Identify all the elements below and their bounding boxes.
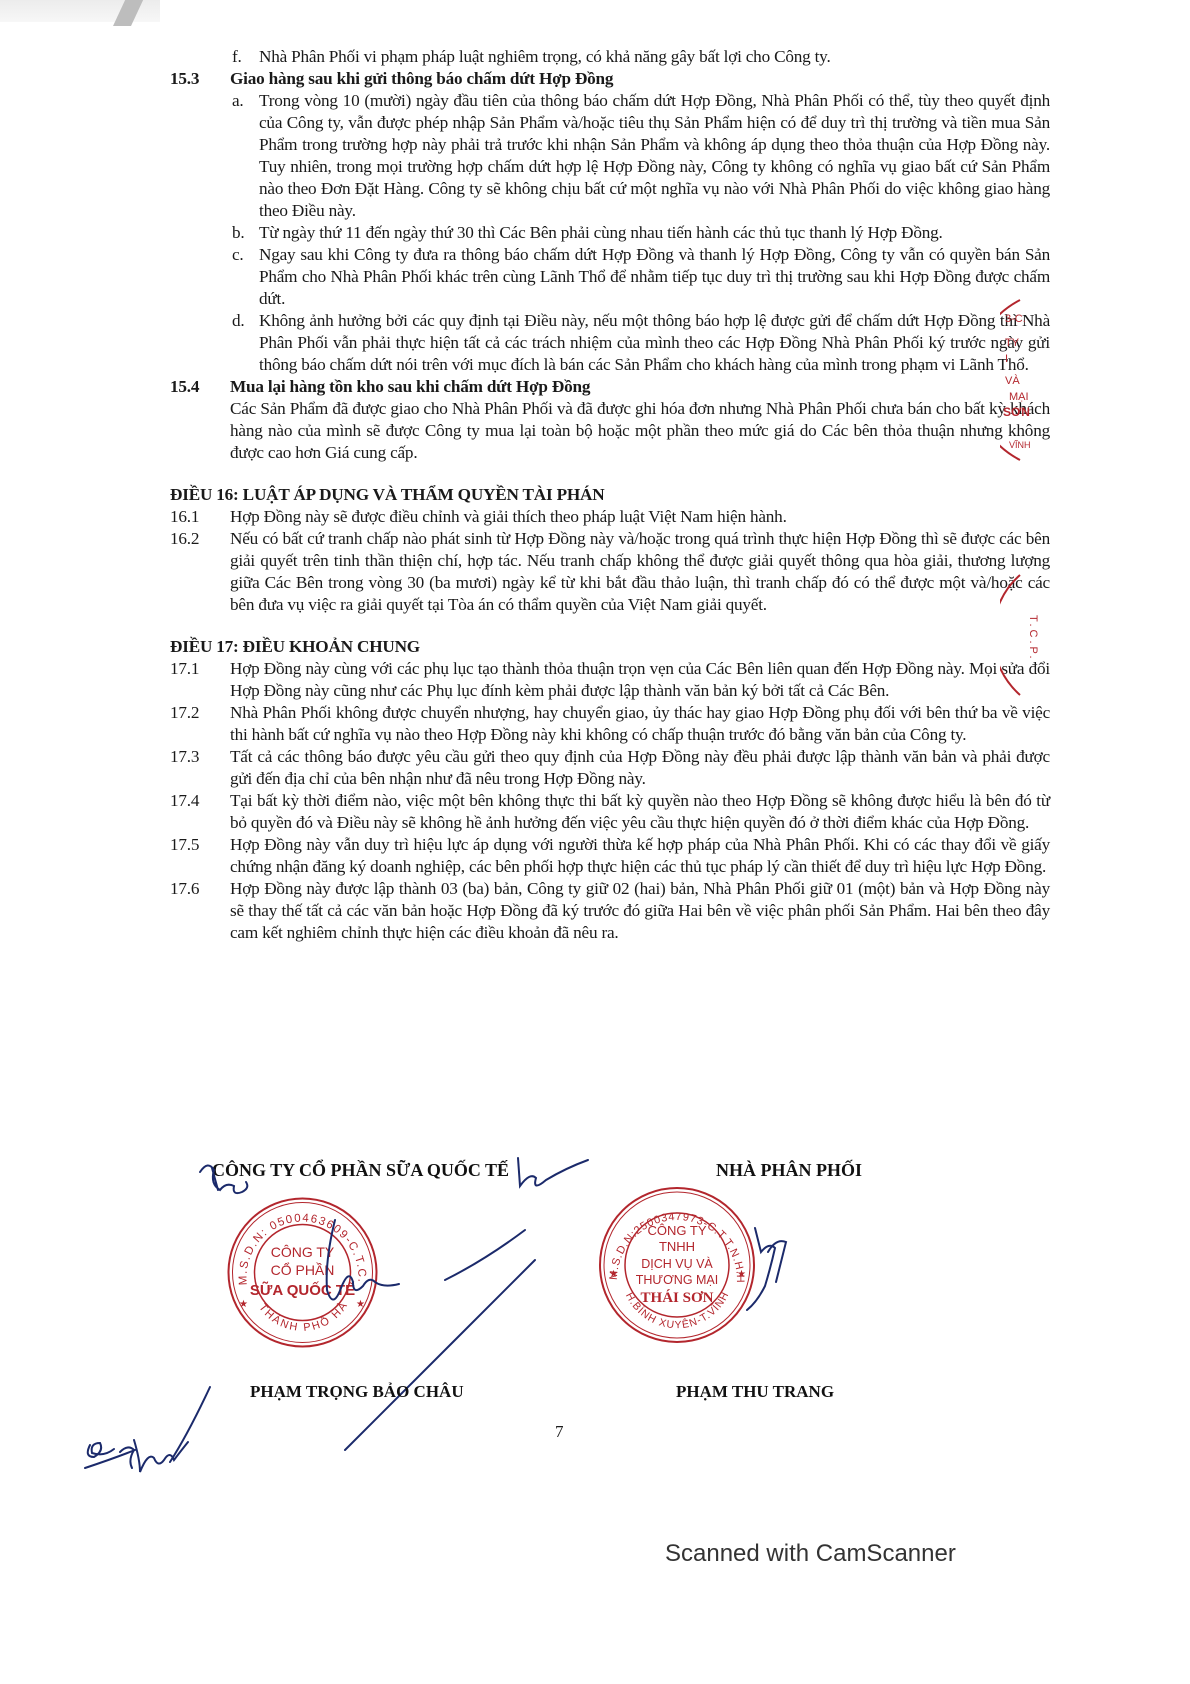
section-number: 15.4 <box>170 376 230 398</box>
item-15-3-a: a. Trong vòng 10 (mười) ngày đầu tiên củ… <box>170 90 1050 222</box>
clause-17-4: 17.4 Tại bất kỳ thời điểm nào, việc một … <box>170 790 1050 834</box>
distributor-signature <box>747 1228 786 1310</box>
clause-17-6: 17.6 Hợp Đồng này được lập thành 03 (ba)… <box>170 878 1050 944</box>
clause-17-1: 17.1 Hợp Đồng này cùng với các phụ lục t… <box>170 658 1050 702</box>
clause-number: 16.1 <box>170 506 230 528</box>
edge-stamp-text: I <box>1005 353 1008 365</box>
svg-text:★: ★ <box>737 1269 746 1280</box>
stamp-line: SỮA QUỐC TẾ <box>250 1281 355 1299</box>
edge-stamp-text: VÀ <box>1005 374 1020 387</box>
distributor-seal-stamp: M.S.D.N:2500347973-C.T.T.N.H.H H.BÌNH XU… <box>597 1185 757 1345</box>
item-text: Từ ngày thứ 11 đến ngày thứ 30 thì Các B… <box>259 222 1050 244</box>
item-15-3-b: b. Từ ngày thứ 11 đến ngày thứ 30 thì Cá… <box>170 222 1050 244</box>
svg-text:★: ★ <box>356 1299 365 1310</box>
section-number: 15.3 <box>170 68 230 90</box>
svg-text:M.S.D.N: 0500463609-C.T.C.P: M.S.D.N: 0500463609-C.T.C.P <box>225 1195 368 1285</box>
svg-text:★: ★ <box>239 1299 248 1310</box>
stamp-line: DỊCH VỤ VÀ <box>641 1256 713 1271</box>
clause-16-2: 16.2 Nếu có bất cứ tranh chấp nào phát s… <box>170 528 1050 616</box>
svg-text:★: ★ <box>609 1269 618 1280</box>
edge-stamp-text: SƠN <box>1003 405 1030 419</box>
stamp-line: TNHH <box>659 1239 695 1254</box>
svg-text:H.BÌNH XUYÊN-T.VĨNH PHÚC: H.BÌNH XUYÊN-T.VĨNH PHÚC <box>597 1185 732 1331</box>
edge-stamp-text: MẠI <box>1009 391 1029 403</box>
distributor-signer-name: PHẠM THU TRANG <box>676 1382 834 1402</box>
clause-text: Tất cả các thông báo được yêu cầu gửi th… <box>230 746 1050 790</box>
page-number: 7 <box>555 1422 564 1442</box>
section-title: Giao hàng sau khi gửi thông báo chấm dứt… <box>230 68 613 90</box>
section-15-4-heading: 15.4 Mua lại hàng tồn kho sau khi chấm d… <box>170 376 1050 398</box>
stamp-line: THÁI SƠN <box>641 1289 714 1306</box>
item-label: d. <box>232 310 259 376</box>
section-15-4-text: Các Sản Phẩm đã được giao cho Nhà Phân P… <box>170 398 1050 464</box>
edge-stamp-upper: 3-C. TY I VÀ MẠI SƠN VĨNH <box>1000 290 1060 470</box>
edge-stamp-text: 3-C. <box>1005 313 1026 325</box>
item-15-3-c: c. Ngay sau khi Công ty đưa ra thông báo… <box>170 244 1050 310</box>
clause-number: 16.2 <box>170 528 230 616</box>
clause-17-5: 17.5 Hợp Đồng này vẫn duy trì hiệu lực á… <box>170 834 1050 878</box>
item-label: a. <box>232 90 259 222</box>
item-f: f. Nhà Phân Phối vi phạm pháp luật nghiê… <box>170 46 1050 68</box>
item-15-3-d: d. Không ảnh hưởng bởi các quy định tại … <box>170 310 1050 376</box>
company-signature <box>327 1220 525 1300</box>
item-text: Không ảnh hưởng bởi các quy định tại Điề… <box>259 310 1050 376</box>
svg-text:THÀNH PHỐ HÀ NỘI: THÀNH PHỐ HÀ NỘI <box>225 1195 353 1334</box>
item-text: Nhà Phân Phối vi phạm pháp luật nghiêm t… <box>259 46 1050 68</box>
clause-text: Hợp Đồng này cùng với các phụ lục tạo th… <box>230 658 1050 702</box>
section-title: Mua lại hàng tồn kho sau khi chấm dứt Hợ… <box>230 376 590 398</box>
clause-number: 17.5 <box>170 834 230 878</box>
edge-stamp-text: VĨNH <box>1009 440 1031 450</box>
company-stamp-ring-top: M.S.D.N: 0500463609-C.T.C.P <box>225 1195 368 1285</box>
distributor-stamp-ring-top: M.S.D.N:2500347973-C.T.T.N.H.H <box>608 1211 746 1284</box>
distributor-stamp-ring-bottom: H.BÌNH XUYÊN-T.VĨNH PHÚC <box>597 1185 732 1331</box>
clause-number: 17.6 <box>170 878 230 944</box>
company-signer-name: PHẠM TRỌNG BẢO CHÂU <box>250 1382 464 1402</box>
clause-number: 17.1 <box>170 658 230 702</box>
company-seal-stamp: M.S.D.N: 0500463609-C.T.C.P THÀNH PHỐ HÀ… <box>225 1195 380 1350</box>
initials-mark <box>200 1165 247 1193</box>
article-16-heading: ĐIỀU 16: LUẬT ÁP DỤNG VÀ THẨM QUYỀN TÀI … <box>170 484 1050 506</box>
company-party-title: CÔNG TY CỔ PHẦN SỮA QUỐC TẾ <box>212 1160 509 1181</box>
stamp-line: CÔNG TY <box>648 1223 707 1238</box>
distributor-party-title: NHÀ PHÂN PHỐI <box>716 1160 862 1181</box>
item-label: c. <box>232 244 259 310</box>
edge-stamp-text: TY <box>1005 337 1020 349</box>
stamp-line: THƯƠNG MẠI <box>636 1273 719 1287</box>
item-label: b. <box>232 222 259 244</box>
camscanner-watermark: Scanned with CamScanner <box>665 1540 956 1568</box>
clause-text: Nhà Phân Phối không được chuyển nhượng, … <box>230 702 1050 746</box>
stamp-line: CỔ PHẦN <box>271 1261 335 1278</box>
bottom-initials <box>85 1387 210 1472</box>
initials-mark <box>518 1158 588 1186</box>
stamp-line: CÔNG TY <box>271 1244 335 1260</box>
clause-number: 17.4 <box>170 790 230 834</box>
clause-text: Nếu có bất cứ tranh chấp nào phát sinh t… <box>230 528 1050 616</box>
company-signature-tail <box>345 1260 535 1450</box>
item-label: f. <box>232 46 259 68</box>
svg-text:M.S.D.N:2500347973-C.T.T.N.H.H: M.S.D.N:2500347973-C.T.T.N.H.H <box>608 1211 746 1284</box>
company-stamp-ring-bottom: THÀNH PHỐ HÀ NỘI <box>225 1195 353 1334</box>
clause-number: 17.2 <box>170 702 230 746</box>
clause-16-1: 16.1 Hợp Đồng này sẽ được điều chỉnh và … <box>170 506 1050 528</box>
item-text: Trong vòng 10 (mười) ngày đầu tiên của t… <box>259 90 1050 222</box>
clause-number: 17.3 <box>170 746 230 790</box>
scan-page-fold <box>0 0 160 22</box>
clause-text: Hợp Đồng này được lập thành 03 (ba) bản,… <box>230 878 1050 944</box>
section-15-3-heading: 15.3 Giao hàng sau khi gửi thông báo chấ… <box>170 68 1050 90</box>
item-text: Ngay sau khi Công ty đưa ra thông báo ch… <box>259 244 1050 310</box>
clause-text: Hợp Đồng này sẽ được điều chỉnh và giải … <box>230 506 1050 528</box>
clause-17-2: 17.2 Nhà Phân Phối không được chuyển như… <box>170 702 1050 746</box>
edge-stamp-lower: T.C.P. <box>1000 570 1060 700</box>
article-17-heading: ĐIỀU 17: ĐIỀU KHOẢN CHUNG <box>170 636 1050 658</box>
edge-stamp-text: T.C.P. <box>1027 615 1039 662</box>
clause-text: Tại bất kỳ thời điểm nào, việc một bên k… <box>230 790 1050 834</box>
clause-text: Hợp Đồng này vẫn duy trì hiệu lực áp dụn… <box>230 834 1050 878</box>
clause-17-3: 17.3 Tất cả các thông báo được yêu cầu g… <box>170 746 1050 790</box>
contract-page-body: f. Nhà Phân Phối vi phạm pháp luật nghiê… <box>170 46 1050 944</box>
